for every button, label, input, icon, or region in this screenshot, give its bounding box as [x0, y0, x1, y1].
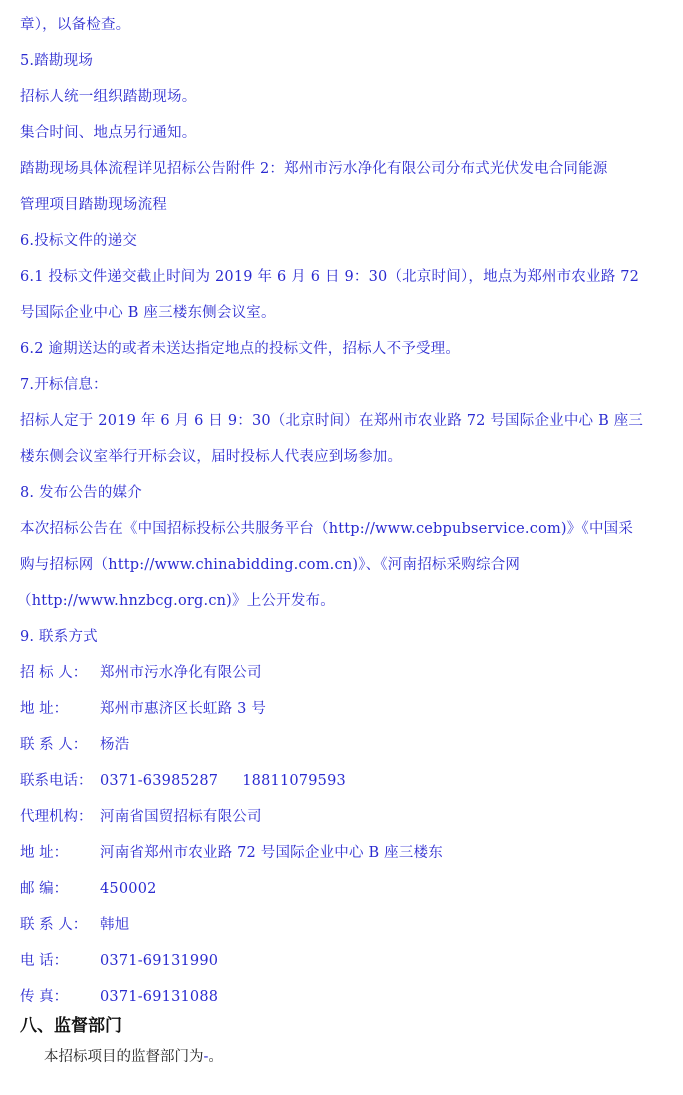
- contact-row-agency-phone: 电 话：0371-69131990: [20, 952, 218, 970]
- text-line-media-cont: 购与招标网（http://www.chinabidding.com.cn)》、《…: [20, 556, 520, 574]
- supervision-text: 本招标项目的监督部门为: [44, 1049, 204, 1065]
- heading-bid-opening: 7.开标信息：: [20, 376, 108, 394]
- contact-row-tenderer-phone: 联系电话：0371-63985287 18811079593: [20, 772, 346, 790]
- contact-row-tenderer: 招 标 人：郑州市污水净化有限公司: [20, 664, 262, 682]
- heading-contact: 9. 联系方式: [20, 628, 98, 646]
- contact-label: 联系电话：: [20, 772, 100, 790]
- text-line-media: 本次招标公告在《中国招标投标公共服务平台（http://www.cebpubse…: [20, 520, 633, 538]
- text-line-site-visit-details: 踏勘现场具体流程详见招标公告附件 2：郑州市污水净化有限公司分布式光伏发电合同能…: [20, 160, 608, 178]
- document-page: 章），以备检查。 5.踏勘现场 招标人统一组织踏勘现场。 集合时间、地点另行通知…: [0, 0, 683, 1095]
- supervision-text-end: 。: [208, 1049, 223, 1065]
- contact-label: 联 系 人：: [20, 916, 100, 934]
- contact-label: 招 标 人：: [20, 664, 100, 682]
- contact-value: 0371-69131990: [100, 953, 218, 969]
- heading-bid-submission: 6.投标文件的递交: [20, 232, 137, 250]
- contact-label: 电 话：: [20, 952, 100, 970]
- text-line-site-visit-time: 集合时间、地点另行通知。: [20, 124, 196, 142]
- contact-row-tenderer-person: 联 系 人：杨浩: [20, 736, 129, 754]
- text-line-late-submission: 6.2 逾期送达的或者未送达指定地点的投标文件，招标人不予受理。: [20, 340, 460, 358]
- text-line-deadline: 6.1 投标文件递交截止时间为 2019 年 6 月 6 日 9：30（北京时间…: [20, 268, 639, 286]
- contact-value: 河南省国贸招标有限公司: [100, 809, 262, 825]
- supervision-paragraph: 本招标项目的监督部门为-。: [44, 1048, 223, 1066]
- contact-value: 450002: [100, 881, 157, 897]
- text-line-continuation: 章），以备检查。: [20, 16, 130, 34]
- text-line-bid-opening-cont: 楼东侧会议室举行开标会议，届时投标人代表应到场参加。: [20, 448, 402, 466]
- contact-value: 河南省郑州市农业路 72 号国际企业中心 B 座三楼东: [100, 845, 443, 861]
- contact-label: 地 址：: [20, 700, 100, 718]
- contact-row-postcode: 邮 编：450002: [20, 880, 157, 898]
- contact-row-agency: 代理机构：河南省国贸招标有限公司: [20, 808, 262, 826]
- heading-publication-media: 8. 发布公告的媒介: [20, 484, 142, 502]
- contact-value: 韩旭: [100, 917, 129, 933]
- text-line-deadline-cont: 号国际企业中心 B 座三楼东侧会议室。: [20, 304, 276, 322]
- section-heading-supervision: 八、监督部门: [20, 1015, 122, 1037]
- contact-value: 0371-69131088: [100, 989, 218, 1005]
- contact-row-tenderer-address: 地 址：郑州市惠济区长虹路 3 号: [20, 700, 266, 718]
- text-line-site-visit-organize: 招标人统一组织踏勘现场。: [20, 88, 196, 106]
- contact-label: 代理机构：: [20, 808, 100, 826]
- contact-label: 地 址：: [20, 844, 100, 862]
- text-line-site-visit-details-cont: 管理项目踏勘现场流程: [20, 196, 167, 214]
- contact-row-agency-person: 联 系 人：韩旭: [20, 916, 129, 934]
- contact-row-agency-address: 地 址：河南省郑州市农业路 72 号国际企业中心 B 座三楼东: [20, 844, 443, 862]
- contact-label: 联 系 人：: [20, 736, 100, 754]
- contact-label: 传 真：: [20, 988, 100, 1006]
- text-line-bid-opening: 招标人定于 2019 年 6 月 6 日 9：30（北京时间）在郑州市农业路 7…: [20, 412, 643, 430]
- contact-value: 0371-63985287 18811079593: [100, 773, 346, 789]
- heading-site-visit: 5.踏勘现场: [20, 52, 93, 70]
- contact-row-agency-fax: 传 真：0371-69131088: [20, 988, 218, 1006]
- contact-label: 邮 编：: [20, 880, 100, 898]
- contact-value: 郑州市污水净化有限公司: [100, 665, 262, 681]
- contact-value: 杨浩: [100, 737, 129, 753]
- contact-value: 郑州市惠济区长虹路 3 号: [100, 701, 266, 717]
- text-line-media-cont2: （http://www.hnzbcg.org.cn)》上公开发布。: [17, 592, 335, 610]
